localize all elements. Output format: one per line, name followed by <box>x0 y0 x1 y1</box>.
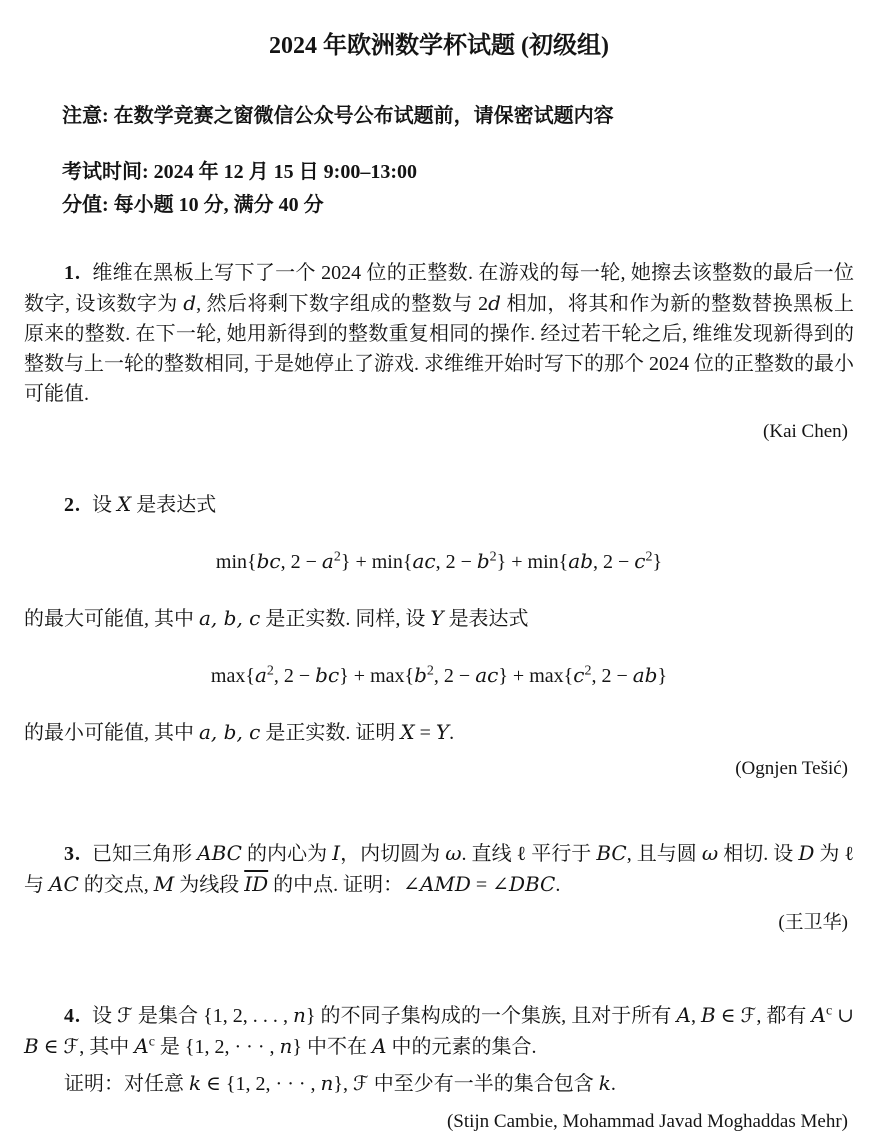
meta-block: 考试时间: 2024 年 12 月 15 日 9:00–13:00 分值: 每小… <box>62 156 816 222</box>
exam-time-line: 考试时间: 2024 年 12 月 15 日 9:00–13:00 <box>62 156 816 189</box>
problem-2-formula-min: min{bc, 2 − a2} + min{ac, 2 − b2} + min{… <box>24 546 854 577</box>
problem-2-formula-max: max{a2, 2 − bc} + max{b2, 2 − ac} + max{… <box>24 660 854 691</box>
problem-4-attribution: (Stijn Cambie, Mohammad Javad Moghaddas … <box>24 1109 848 1135</box>
problem-1-paragraph: 1.维维在黑板上写下了一个 2024 位的正整数. 在游戏的每一轮, 她擦去该整… <box>24 258 854 409</box>
problem-3: 3.已知三角形 ABC 的内心为 I，内切圆为 ω. 直线 ℓ 平行于 BC, … <box>24 838 854 936</box>
problem-3-number: 3. <box>64 843 81 865</box>
problem-2-intro: 设 X 是表达式 <box>92 494 216 516</box>
problem-3-attribution: (王卫华) <box>24 910 848 936</box>
doc-title: 2024 年欧洲数学杯试题 (初级组) <box>24 30 854 62</box>
problem-1: 1.维维在黑板上写下了一个 2024 位的正整数. 在游戏的每一轮, 她擦去该整… <box>24 258 854 445</box>
notice-line: 注意: 在数学竞赛之窗微信公众号公布试题前，请保密试题内容 <box>62 102 816 130</box>
score-line: 分值: 每小题 10 分, 满分 40 分 <box>62 189 816 222</box>
problem-4-body: 设 ℱ 是集合 {1, 2, . . . , n} 的不同子集构成的一个集族, … <box>24 1005 854 1058</box>
problem-4-paragraph: 4.设 ℱ 是集合 {1, 2, . . . , n} 的不同子集构成的一个集族… <box>24 1000 854 1062</box>
problem-4-proof: 证明：对任意 k ∈ {1, 2, · · · , n}, ℱ 中至少有一半的集… <box>24 1068 854 1099</box>
problem-3-paragraph: 3.已知三角形 ABC 的内心为 I，内切圆为 ω. 直线 ℓ 平行于 BC, … <box>24 838 854 900</box>
problem-2: 2.设 X 是表达式 min{bc, 2 − a2} + min{ac, 2 −… <box>24 489 854 782</box>
problem-3-body: 已知三角形 ABC 的内心为 I，内切圆为 ω. 直线 ℓ 平行于 BC, 且与… <box>24 843 854 896</box>
problem-2-attribution: (Ognjen Tešić) <box>24 756 848 782</box>
problem-4-number: 4. <box>64 1005 81 1027</box>
problem-1-attribution: (Kai Chen) <box>24 419 848 445</box>
page: 2024 年欧洲数学杯试题 (初级组) 注意: 在数学竞赛之窗微信公众号公布试题… <box>0 0 878 1144</box>
problem-2-intro-paragraph: 2.设 X 是表达式 <box>24 489 854 520</box>
problem-1-body: 维维在黑板上写下了一个 2024 位的正整数. 在游戏的每一轮, 她擦去该整数的… <box>24 262 854 405</box>
problem-2-outro: 的最小可能值, 其中 a, b, c 是正实数. 证明 X = Y. <box>24 717 854 748</box>
problem-2-middle: 的最大可能值, 其中 a, b, c 是正实数. 同样, 设 Y 是表达式 <box>24 603 854 634</box>
problem-2-number: 2. <box>64 494 81 516</box>
problem-1-number: 1. <box>64 262 81 284</box>
problem-4: 4.设 ℱ 是集合 {1, 2, . . . , n} 的不同子集构成的一个集族… <box>24 1000 854 1135</box>
